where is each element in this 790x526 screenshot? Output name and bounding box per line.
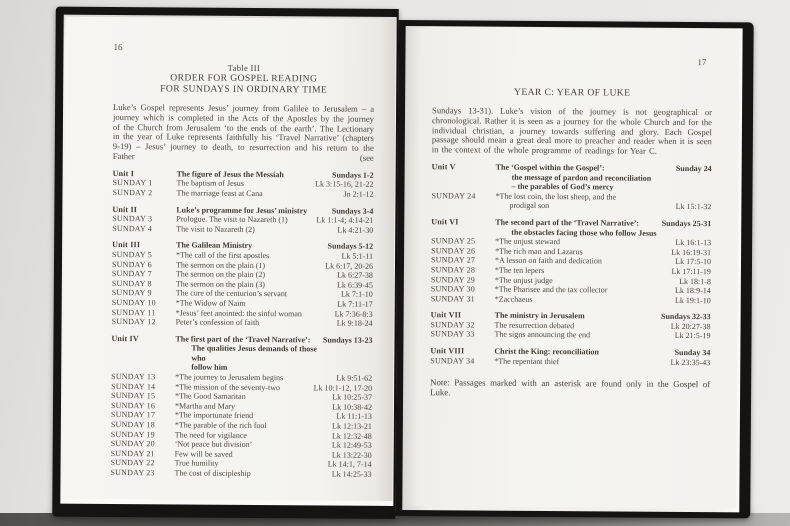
sunday-label: SUNDAY 13 bbox=[111, 372, 175, 382]
scripture-reference: Lk 10:25-37 bbox=[332, 393, 372, 403]
unit-heading-line: The second part of the ‘Travel Narrative… bbox=[495, 218, 657, 229]
unit-sundays-range: Sundays 25-31 bbox=[662, 219, 712, 229]
sunday-label: SUNDAY 17 bbox=[111, 410, 175, 420]
sunday-label: SUNDAY 33 bbox=[430, 330, 494, 340]
scripture-reference: Lk 17:11-19 bbox=[671, 267, 711, 277]
reading-title: The signs announcing the end bbox=[494, 330, 674, 341]
unit-sundays-range: Sundays 1-2 bbox=[332, 170, 374, 180]
unit-row: Unit VIThe second part of the ‘Travel Na… bbox=[431, 217, 711, 238]
unit-label: Unit IV bbox=[111, 334, 175, 373]
scripture-reference: Lk 6:17, 20-26 bbox=[325, 261, 373, 271]
sunday-label: SUNDAY 14 bbox=[111, 382, 175, 392]
sunday-row: SUNDAY 12Peter’s confession of faithLk 9… bbox=[112, 317, 373, 328]
reading-title: The marriage feast at Cana bbox=[176, 188, 343, 199]
unit-sundays-range: Sundays 32-33 bbox=[661, 312, 711, 322]
year-heading: YEAR C: YEAR OF LUKE bbox=[432, 86, 712, 99]
scripture-reference: Lk 14:25-33 bbox=[332, 470, 372, 480]
scripture-reference: Lk 19:1-10 bbox=[675, 296, 711, 306]
unit-sundays-range: Sundays 5-12 bbox=[328, 242, 374, 252]
reading-unit-section: Unit IILuke’s programme for Jesus’ minis… bbox=[112, 205, 373, 236]
reading-title: *The lost coin, the lost sheep, and thep… bbox=[495, 191, 675, 211]
unit-sundays-range: Sunday 24 bbox=[676, 164, 712, 174]
reading-title-line: *Zacchaeus bbox=[495, 294, 671, 305]
reading-table-right: Unit VThe ‘Gospel within the Gospel’:the… bbox=[430, 162, 711, 367]
scripture-reference: Lk 7:11-17 bbox=[337, 299, 373, 309]
sunday-row: SUNDAY 33The signs announcing the endLk … bbox=[430, 330, 710, 342]
page-number-left: 16 bbox=[113, 42, 122, 52]
sunday-label: SUNDAY 7 bbox=[112, 269, 176, 279]
unit-label: Unit I bbox=[113, 169, 177, 179]
reading-unit-section: Unit IThe figure of Jesus the MessiahSun… bbox=[112, 169, 373, 200]
sunday-row: SUNDAY 4The visit to Nazareth (2)Lk 4:21… bbox=[112, 224, 373, 235]
unit-label: Unit III bbox=[112, 240, 176, 250]
sunday-label: SUNDAY 9 bbox=[112, 288, 176, 298]
unit-row: Unit IVThe first part of the ‘Travel Nar… bbox=[111, 334, 372, 374]
unit-label: Unit VI bbox=[431, 217, 495, 237]
open-book: 16 Table III ORDER FOR GOSPEL READING FO… bbox=[0, 0, 790, 526]
scripture-reference: Lk 3:15-16, 21-22 bbox=[315, 180, 374, 190]
sunday-label: SUNDAY 20 bbox=[111, 439, 175, 449]
reading-title: The cost of discipleship bbox=[174, 468, 331, 479]
sunday-label: SUNDAY 15 bbox=[111, 391, 175, 401]
scripture-reference: Lk 10:38-42 bbox=[332, 402, 372, 412]
page-number-right: 17 bbox=[697, 57, 706, 67]
sunday-row: SUNDAY 2The marriage feast at CanaJn 2:1… bbox=[112, 188, 373, 199]
sunday-label: SUNDAY 22 bbox=[111, 458, 175, 468]
sunday-label: SUNDAY 11 bbox=[112, 307, 176, 317]
sunday-label: SUNDAY 31 bbox=[431, 294, 495, 304]
unit-label: Unit VII bbox=[431, 311, 495, 321]
scripture-reference: Lk 12:49-53 bbox=[332, 441, 372, 451]
scripture-reference: Lk 9:51-62 bbox=[336, 374, 372, 384]
scripture-reference: Lk 16:19-31 bbox=[671, 248, 711, 258]
scripture-reference: Lk 15:1-32 bbox=[676, 202, 712, 212]
sunday-label: SUNDAY 10 bbox=[112, 298, 176, 308]
intro-paragraph-right: Sundays 13-31). Luke’s vision of the jou… bbox=[432, 106, 712, 157]
reading-unit-section: Unit IVThe first part of the ‘Travel Nar… bbox=[110, 334, 372, 480]
page-17-body: YEAR C: YEAR OF LUKE Sundays 13-31). Luk… bbox=[430, 86, 712, 408]
sunday-row: SUNDAY 34*The repentant thiefLk 23:35-43 bbox=[430, 356, 710, 368]
scripture-reference: Lk 4:21-30 bbox=[337, 225, 373, 235]
reading-unit-section: Unit VIIIChrist the King: reconciliation… bbox=[430, 346, 710, 367]
sunday-label: SUNDAY 5 bbox=[112, 250, 176, 260]
reading-title: *The repentant thief bbox=[494, 356, 670, 367]
sunday-label: SUNDAY 23 bbox=[110, 468, 174, 478]
scripture-reference: Lk 7:1-10 bbox=[341, 290, 373, 300]
sunday-label: SUNDAY 28 bbox=[431, 265, 495, 275]
unit-sundays-range: Sundays 3-4 bbox=[332, 206, 374, 216]
scripture-reference: Lk 18:9-14 bbox=[675, 286, 711, 296]
page-17: 17 YEAR C: YEAR OF LUKE Sundays 13-31). … bbox=[404, 28, 739, 508]
reading-title-line: prodigal son bbox=[495, 201, 671, 212]
reading-table-left: Unit IThe figure of Jesus the MessiahSun… bbox=[110, 169, 373, 480]
sunday-label: SUNDAY 2 bbox=[112, 188, 176, 198]
reading-unit-section: Unit VIThe second part of the ‘Travel Na… bbox=[431, 217, 712, 305]
sunday-label: SUNDAY 25 bbox=[431, 236, 495, 246]
reading-title-line: The marriage feast at Cana bbox=[176, 188, 339, 199]
reading-title-line: The cost of discipleship bbox=[174, 468, 327, 479]
scripture-reference: Lk 5:1-11 bbox=[342, 252, 374, 262]
scripture-reference: Lk 6:27-38 bbox=[337, 271, 373, 281]
unit-sundays-range: Sunday 34 bbox=[675, 348, 711, 358]
reading-title-line: The signs announcing the end bbox=[494, 330, 670, 341]
asterisk-note: Note: Passages marked with an asterisk a… bbox=[430, 377, 710, 399]
sunday-row: SUNDAY 24*The lost coin, the lost sheep,… bbox=[431, 191, 711, 212]
reading-title-line: *The repentant thief bbox=[494, 356, 666, 367]
reading-title: Peter’s confession of faith bbox=[176, 318, 337, 329]
scripture-reference: Lk 10:1-12, 17-20 bbox=[314, 383, 373, 393]
unit-label: Unit II bbox=[112, 205, 176, 215]
sunday-label: SUNDAY 18 bbox=[111, 420, 175, 430]
sunday-label: SUNDAY 16 bbox=[111, 401, 175, 411]
scripture-reference: Lk 11:1-13 bbox=[336, 412, 372, 422]
scripture-reference: Lk 9:18-24 bbox=[337, 319, 373, 329]
scripture-reference: Lk 1:1-4; 4:14-21 bbox=[316, 216, 373, 226]
year-title: YEAR C: YEAR OF LUKE bbox=[432, 86, 712, 99]
reading-title-line: Peter’s confession of faith bbox=[176, 318, 333, 329]
sunday-label: SUNDAY 34 bbox=[430, 356, 494, 366]
unit-label: Unit VIII bbox=[430, 346, 494, 356]
sunday-row: SUNDAY 31*ZacchaeusLk 19:1-10 bbox=[431, 294, 711, 306]
scripture-reference: Lk 23:35-43 bbox=[670, 358, 710, 368]
sunday-row: SUNDAY 23The cost of discipleshipLk 14:2… bbox=[110, 468, 371, 479]
sunday-label: SUNDAY 6 bbox=[112, 260, 176, 270]
scripture-reference: Lk 7:36-8:3 bbox=[335, 309, 373, 319]
table-title-line-2: FOR SUNDAYS IN ORDINARY TIME bbox=[113, 83, 374, 96]
unit-label: Unit V bbox=[432, 162, 496, 191]
table-heading: Table III ORDER FOR GOSPEL READING FOR S… bbox=[113, 62, 374, 96]
sunday-label: SUNDAY 29 bbox=[431, 275, 495, 285]
sunday-label: SUNDAY 19 bbox=[111, 430, 175, 440]
page-16-body: Table III ORDER FOR GOSPEL READING FOR S… bbox=[110, 62, 374, 479]
unit-heading: The ‘Gospel within the Gospel’:the messa… bbox=[496, 163, 676, 193]
unit-heading-line: The qualities Jesus demands of those who bbox=[175, 344, 319, 364]
unit-sundays-range: Sundays 13-23 bbox=[323, 335, 373, 345]
reading-unit-section: Unit IIIThe Galilean MinistrySundays 5-1… bbox=[112, 240, 374, 328]
scripture-reference: Lk 16:1-13 bbox=[675, 238, 711, 248]
sunday-label: SUNDAY 21 bbox=[111, 449, 175, 459]
sunday-label: SUNDAY 12 bbox=[112, 317, 176, 327]
scripture-reference: Jn 2:1-12 bbox=[343, 190, 373, 200]
scripture-reference: Lk 6:39-45 bbox=[337, 280, 373, 290]
scripture-reference: Lk 12:32-48 bbox=[332, 431, 372, 441]
photo-scene: 16 Table III ORDER FOR GOSPEL READING FO… bbox=[0, 0, 790, 526]
scripture-reference: Lk 13:22-30 bbox=[332, 450, 372, 460]
unit-heading: The first part of the ‘Travel Narrative’… bbox=[175, 334, 323, 373]
sunday-label: SUNDAY 8 bbox=[112, 279, 176, 289]
sunday-label: SUNDAY 30 bbox=[431, 284, 495, 294]
reading-title-line: The visit to Nazareth (2) bbox=[176, 224, 333, 235]
scripture-reference: Lk 14:1, 7-14 bbox=[328, 460, 372, 470]
intro-paragraph-left: Luke’s Gospel represents Jesus’ journey … bbox=[113, 103, 374, 164]
sunday-label: SUNDAY 32 bbox=[431, 320, 495, 330]
unit-heading: The second part of the ‘Travel Narrative… bbox=[495, 218, 662, 238]
page-16: 16 Table III ORDER FOR GOSPEL READING FO… bbox=[62, 17, 395, 501]
sunday-label: SUNDAY 3 bbox=[112, 214, 176, 224]
sunday-label: SUNDAY 26 bbox=[431, 246, 495, 256]
sunday-label: SUNDAY 4 bbox=[112, 224, 176, 234]
sunday-label: SUNDAY 1 bbox=[113, 178, 177, 188]
sunday-label: SUNDAY 24 bbox=[431, 191, 495, 211]
unit-row: Unit VThe ‘Gospel within the Gospel’:the… bbox=[432, 162, 712, 193]
reading-title: The visit to Nazareth (2) bbox=[176, 224, 337, 235]
scripture-reference: Lk 20:27-38 bbox=[671, 322, 711, 332]
reading-unit-section: Unit VThe ‘Gospel within the Gospel’:the… bbox=[431, 162, 711, 212]
scripture-reference: Lk 18:1-8 bbox=[679, 276, 711, 286]
scripture-reference: Lk 12:13-21 bbox=[332, 422, 372, 432]
scripture-reference: Lk 21:5-19 bbox=[675, 331, 711, 341]
scripture-reference: Lk 17:5-10 bbox=[675, 257, 711, 267]
sunday-label: SUNDAY 27 bbox=[431, 256, 495, 266]
reading-title: *Zacchaeus bbox=[495, 294, 675, 305]
reading-unit-section: Unit VIIThe ministry in JerusalemSundays… bbox=[430, 311, 710, 342]
